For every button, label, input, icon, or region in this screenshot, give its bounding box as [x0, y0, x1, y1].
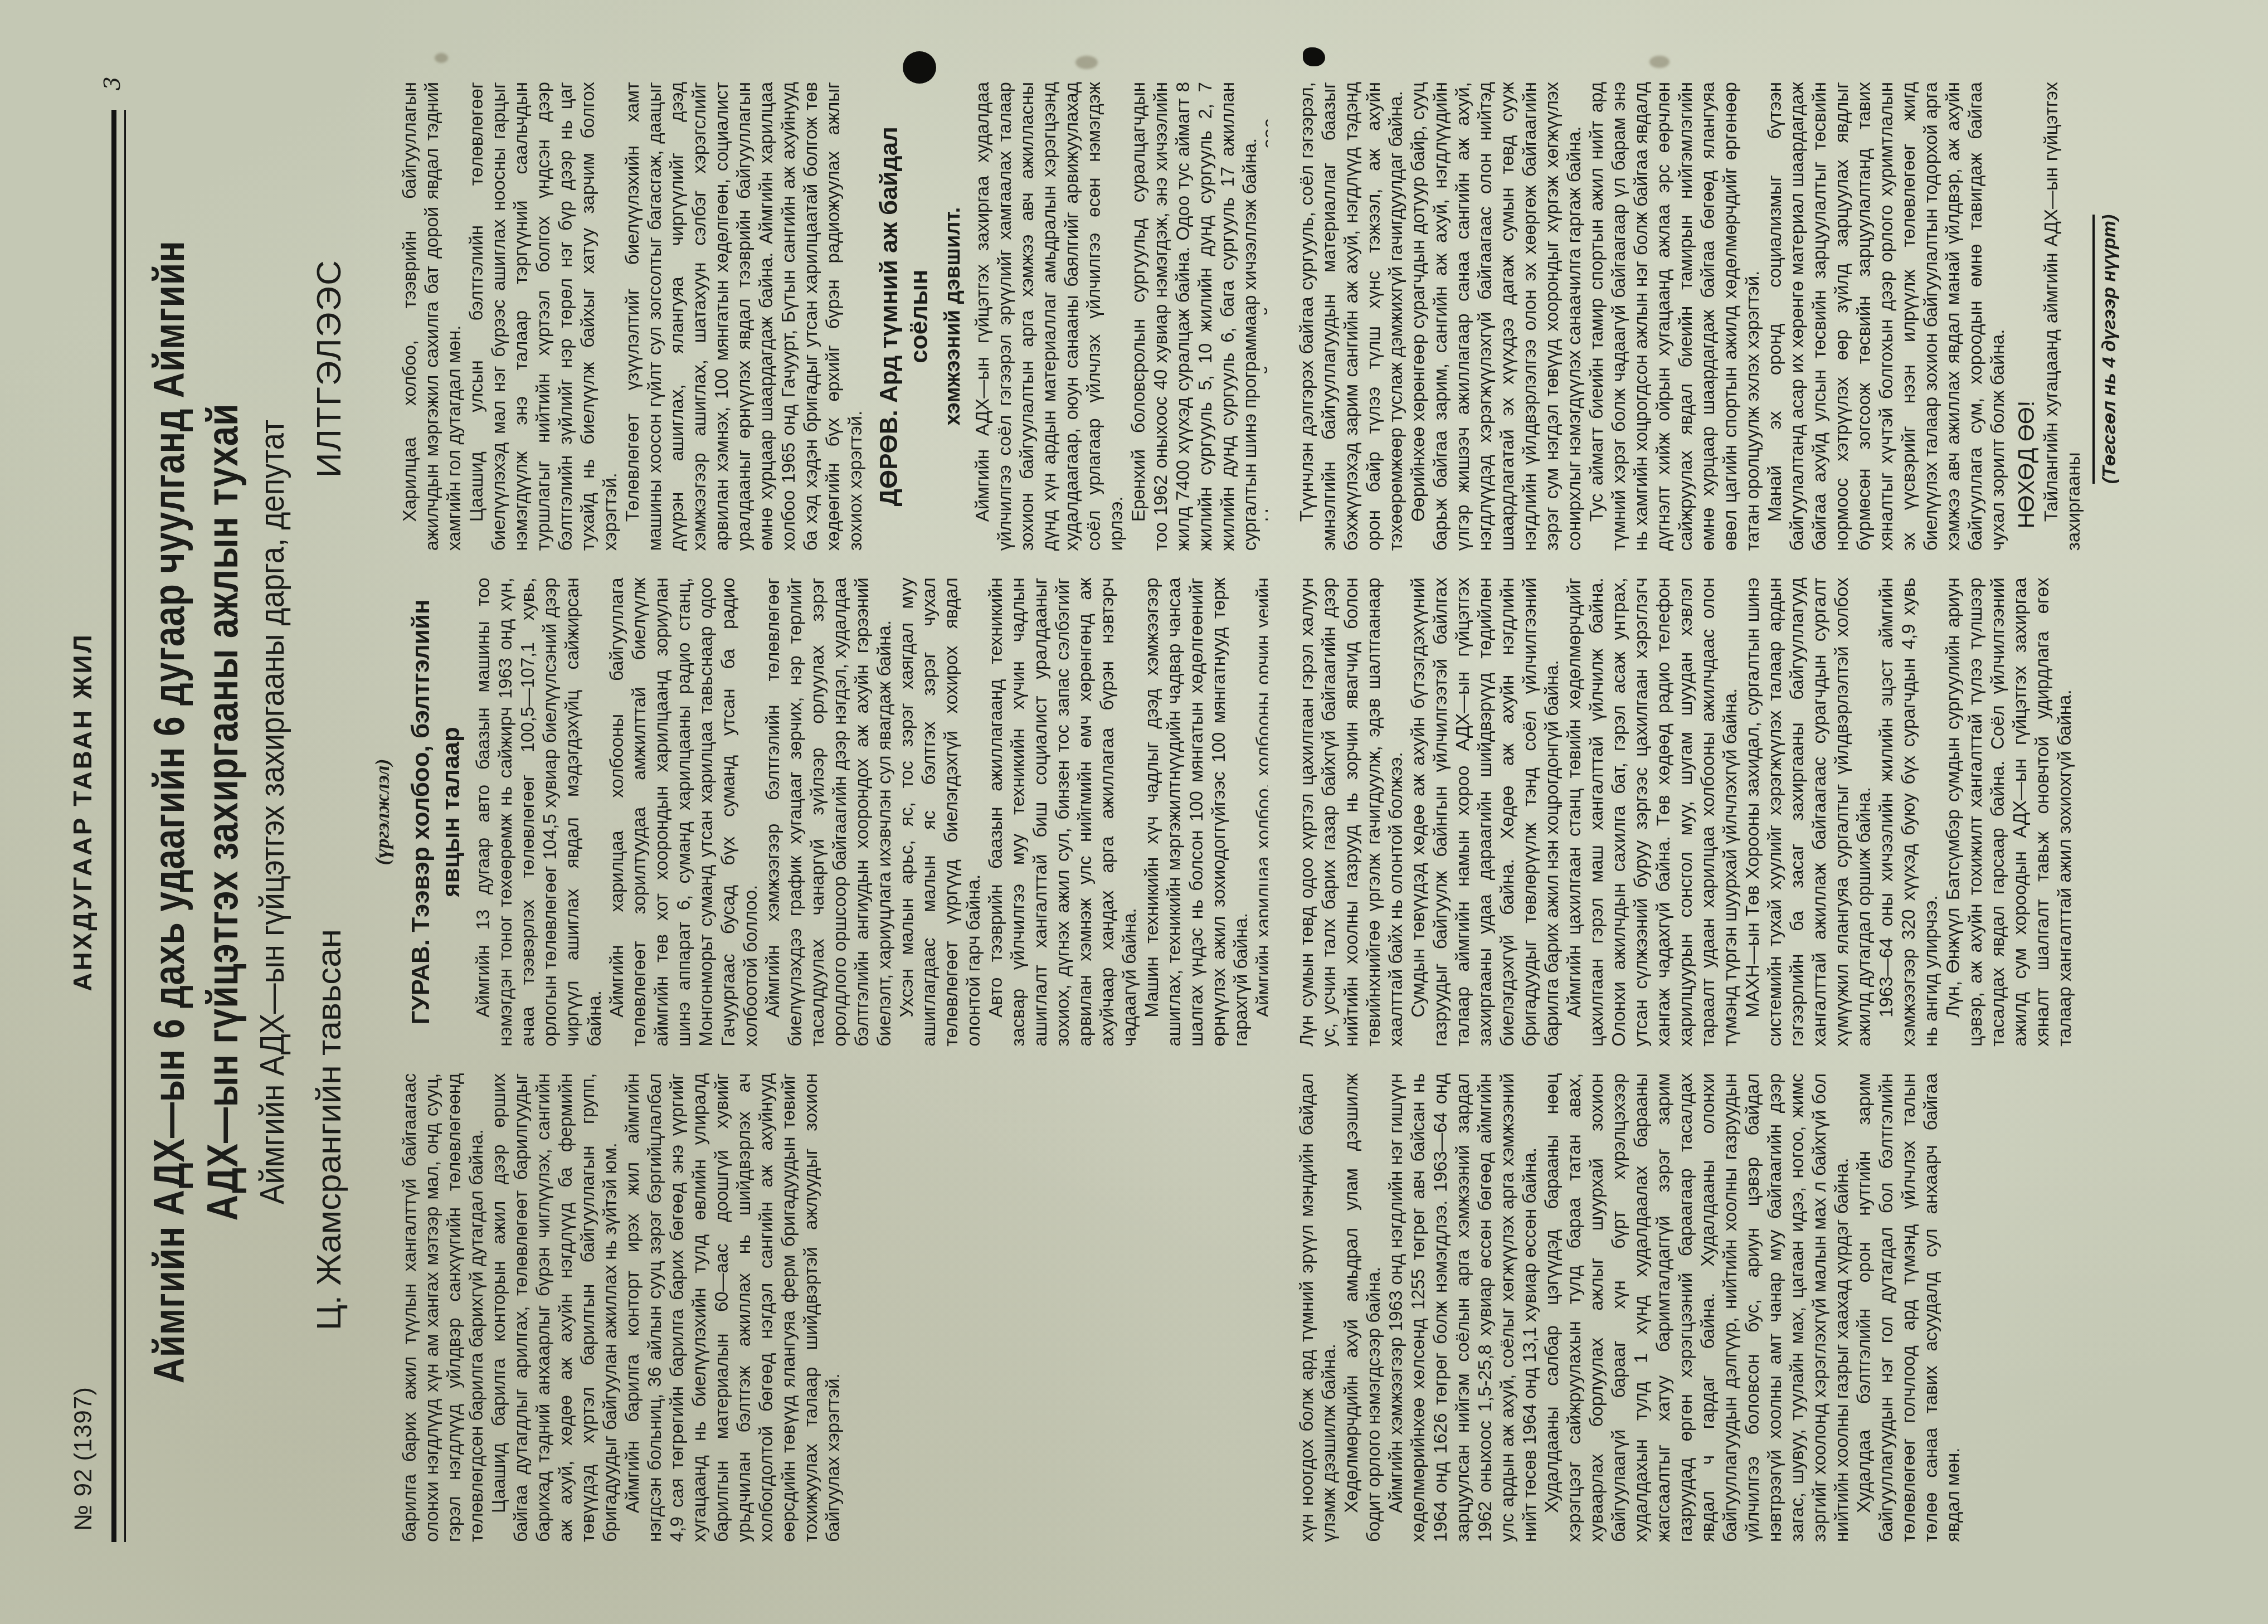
column-6: Түүнчлэн дэлгэрэх байгаа сургууль, соёл … — [1296, 82, 2176, 551]
section-title: АНХДУГААР ТАВАН ЖИЛ — [67, 60, 98, 1564]
upper-column-band: барилга барих ажил түүлын хангалттүй бай… — [398, 82, 1268, 1542]
section-heading-three: ГУРАВ. Тээвэр холбоо, бэлтгэлийн явцын т… — [406, 577, 466, 1046]
paragraph: Машин техникийн хүч чадлыг дээд хэмжээгэ… — [1141, 577, 1252, 1046]
article-headline: Аймгийн АДХ—ын 6 дахь удаагийн 6 дугаар … — [142, 60, 296, 1564]
closing-paragraph: Тайлангийн хугацаанд аймгийн АДХ—ын гүйц… — [2040, 82, 2085, 551]
column-2: ГУРАВ. Тээвэр холбоо, бэлтгэлийн явцын т… — [398, 577, 1268, 1046]
paragraph: Ухсэн малын арьс, яс, тос зэрэг хаягдал … — [895, 577, 985, 1046]
newspaper-page: № 92 (1397) АНХДУГААР ТАВАН ЖИЛ 3 Аймгий… — [59, 60, 2209, 1564]
paragraph: Аймгийн 13 дугаар авто баазын машины тоо… — [472, 577, 606, 1046]
paragraph: Тус аймагт биеийн тамир спортын ажил ний… — [1585, 82, 1764, 551]
paragraph: Аймгийн цахилгаан станц төвийн хөдөлмөрч… — [1563, 577, 1741, 1046]
paragraph: Насанд хүрэгчдийн оройн дунд сургуульд 3… — [1261, 82, 1268, 551]
column-4: хүн ноогдох болж ард түмний эрүүл мэндий… — [1296, 1073, 2176, 1542]
paragraph: Аймгийн барилга конторт ирэх жил аймгийн… — [621, 1073, 844, 1542]
masthead-rule — [111, 110, 126, 1542]
column-5: Лүн сумын төвд одоо хүртэл цахилгаан гэр… — [1296, 577, 2176, 1046]
paragraph: Аймгийн хэмжээгээр 1963 онд нэгдлийн нэг… — [1385, 1073, 1541, 1542]
paragraph: Цаашид улсын бэлтгэлийн төлөвлөгөөг биел… — [465, 82, 621, 551]
report-type: ИЛТГЭЛЭЭС — [309, 259, 349, 478]
paragraph: хүн ноогдох болж ард түмний эрүүл мэндий… — [1296, 1073, 1340, 1542]
paragraph: Лүн, Өнжүүл Батсүмбэр сумдын сургуулийн … — [1942, 577, 2076, 1046]
headline-subtitle: Аймгийн АДХ—ын гүйцэтгэх захиргааны дарг… — [249, 150, 296, 1474]
page-number: 3 — [100, 76, 125, 90]
section-subheading-four: хэмжээний дэвшилт. — [940, 82, 966, 551]
paragraph: Хөдөлмөрчдийн ахуй амьдрал улам дээшилж … — [1340, 1073, 1385, 1542]
paragraph: Аймгийн харилцаа холбооны байгууллага тө… — [606, 577, 762, 1046]
masthead: № 92 (1397) АНХДУГААР ТАВАН ЖИЛ 3 — [59, 60, 109, 1564]
paragraph: Манай эх оронд социализмыг бүтээн байгуу… — [1764, 82, 2009, 551]
paragraph: Худалдааны салбар цэгүүдэд барааны нөөц … — [1541, 1073, 1853, 1542]
continued-on-page-4: (Төгсгөл нь 4 дүгээр нүүрт) — [2092, 215, 2120, 484]
paragraph: Төлөвлөгөөт үзүүлэлтийг биелүүлэхийн хам… — [621, 82, 867, 551]
paragraph: Авто тээврийн баазын ажиллагаанд техники… — [985, 577, 1141, 1046]
paragraph: Худалдаа бэлтгэлийн орон нутгийн зарим б… — [1853, 1073, 1964, 1542]
column-3: Харилцаа холбоо, тээврийн байгууллагын а… — [398, 82, 1268, 551]
paragraph: Лүн сумын төвд одоо хүртэл цахилгаан гэр… — [1296, 577, 1407, 1046]
paragraph: барилга барих ажил түүлын хангалттүй бай… — [398, 1073, 488, 1542]
headline-line-1: Аймгийн АДХ—ын 6 дахь удаагийн 6 дугаар … — [142, 195, 196, 1429]
paragraph: Түүнчлэн дэлгэрэх байгаа сургууль, соёл … — [1296, 82, 1407, 551]
byline: Ц. Жамсрангийн тавьсан ИЛТГЭЛЭЭС — [309, 60, 354, 1564]
paragraph: 1963—64 оны хичээлийн жилийн эцэст аймги… — [1875, 577, 1942, 1046]
paragraph: Аймгийн АДХ—ын гүйцэтгэх захиргаа худалд… — [971, 82, 1127, 551]
paragraph: Харилцаа холбоо, тээврийн байгууллагын а… — [398, 82, 465, 551]
paragraph: МАХН—ын Төв Хорооны захидал, сургалтын ш… — [1741, 577, 1875, 1046]
section-heading-four: ДӨРӨВ. Ард түмний аж байдал соёлын — [874, 82, 935, 551]
headline-line-2: АДХ—ын гүйцэтгэх захиргааны ажлын тухай — [196, 195, 249, 1429]
column-1: барилга барих ажил түүлын хангалттүй бай… — [398, 1073, 1268, 1542]
paragraph: Цаашид барилга конторын ажил дээр өрших … — [488, 1073, 621, 1542]
paragraph: Аймгийн хэмжээгээр бэлтгэлийн төлөвлөгөө… — [762, 577, 895, 1046]
paragraph: Ерөнхий боловсролын сургуульд суралцагчд… — [1127, 82, 1261, 551]
lower-column-band: хүн ноогдох болж ард түмний эрүүл мэндий… — [1296, 82, 2176, 1542]
paragraph: Аймгийн харилцаа холбоо, холбооны орчин … — [1252, 577, 1268, 1046]
author-name: Ц. Жамсрангийн тавьсан — [309, 929, 349, 1330]
continued-note: (үргэлжлэл) — [371, 60, 394, 1564]
paragraph: Сумдын төвүүдэд хөдөө аж ахуйн бүтээгдэх… — [1407, 577, 1563, 1046]
paragraph: Өөрийнхөө хөрөнгөөр сурагчдын дотуур бай… — [1407, 82, 1585, 551]
salutation: НӨХӨД ӨӨ! — [2016, 82, 2038, 551]
